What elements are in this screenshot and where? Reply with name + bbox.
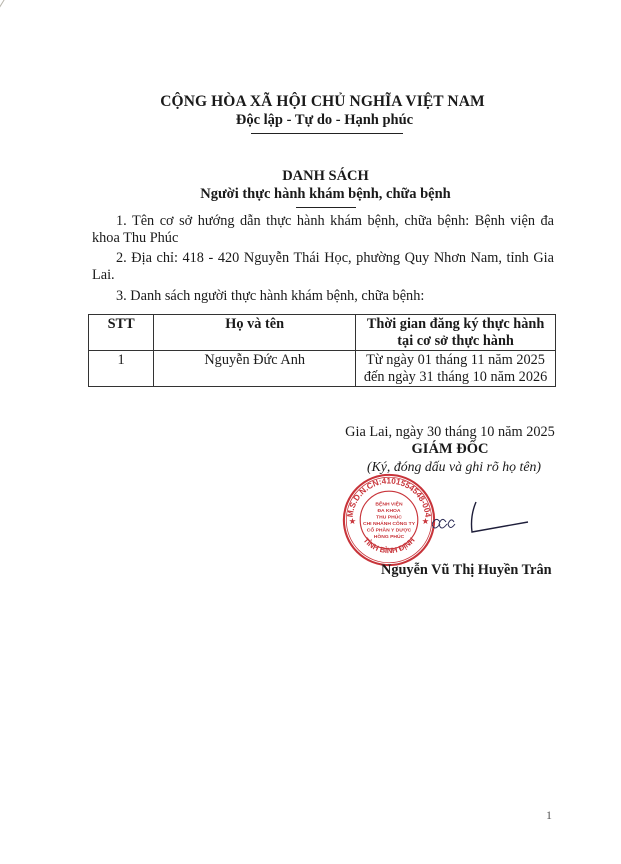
item-facility-name: 1. Tên cơ sở hướng dẫn thực hành khám bệ…: [92, 213, 554, 247]
official-stamp-icon: M.S.D.N.CN:4101554548-004 TỈNH BÌNH ĐỊNH…: [341, 472, 437, 568]
signature-block: Gia Lai, ngày 30 tháng 10 năm 2025 GIÁM …: [330, 424, 570, 475]
header-period-text: Thời gian đăng ký thực hành tại cơ sở th…: [367, 316, 544, 349]
cell-name: Nguyễn Đức Anh: [154, 351, 356, 387]
svg-text:CHI NHÁNH CÔNG TY: CHI NHÁNH CÔNG TY: [363, 519, 416, 527]
document-title-block: DANH SÁCH Người thực hành khám bệnh, chữ…: [0, 168, 621, 208]
document-subtitle: Người thực hành khám bệnh, chữa bệnh: [30, 186, 621, 203]
header-stt: STT: [89, 315, 154, 351]
header-name: Họ và tên: [154, 315, 356, 351]
item-text: 1. Tên cơ sở hướng dẫn thực hành khám bệ…: [92, 213, 554, 246]
svg-text:ĐA KHOA: ĐA KHOA: [377, 508, 400, 514]
item-address: 2. Địa chỉ: 418 - 420 Nguyễn Thái Học, p…: [92, 250, 554, 284]
motto-underline: [251, 133, 403, 134]
item-text: 2. Địa chỉ: 418 - 420 Nguyễn Thái Học, p…: [92, 250, 554, 283]
item-text: 3. Danh sách người thực hành khám bệnh, …: [116, 288, 424, 304]
subtitle-underline: [296, 207, 356, 208]
nation-title: CỘNG HÒA XÃ HỘI CHỦ NGHĨA VIỆT NAM: [24, 93, 621, 111]
signer-name: Nguyễn Vũ Thị Huyền Trân: [381, 562, 552, 579]
practitioners-table: STT Họ và tên Thời gian đăng ký thực hàn…: [88, 314, 556, 387]
svg-text:CỔ PHẦN Y DƯỢC: CỔ PHẦN Y DƯỢC: [367, 527, 412, 534]
signer-position: GIÁM ĐỐC: [330, 441, 570, 458]
svg-text:★: ★: [349, 516, 357, 526]
item-list-intro: 3. Danh sách người thực hành khám bệnh, …: [92, 288, 554, 305]
period-end: đến ngày 31 tháng 10 năm 2026: [360, 369, 551, 386]
table-row: 1 Nguyễn Đức Anh Từ ngày 01 tháng 11 năm…: [89, 351, 556, 387]
header-period: Thời gian đăng ký thực hành tại cơ sở th…: [356, 315, 556, 351]
svg-text:★: ★: [422, 516, 430, 526]
table-header-row: STT Họ và tên Thời gian đăng ký thực hàn…: [89, 315, 556, 351]
page-number: 1: [546, 808, 552, 823]
national-motto: Độc lập - Tự do - Hạnh phúc: [28, 112, 621, 129]
national-header: CỘNG HÒA XÃ HỘI CHỦ NGHĨA VIỆT NAM Độc l…: [0, 93, 621, 134]
document-title: DANH SÁCH: [30, 168, 621, 185]
cell-period: Từ ngày 01 tháng 11 năm 2025 đến ngày 31…: [356, 351, 556, 387]
cell-stt: 1: [89, 351, 154, 387]
period-start: Từ ngày 01 tháng 11 năm 2025: [360, 352, 551, 369]
svg-text:THU PHÚC: THU PHÚC: [376, 514, 402, 521]
svg-text:BỆNH VIỆN: BỆNH VIỆN: [375, 500, 403, 508]
paper-fold-line: [0, 0, 16, 23]
place-date: Gia Lai, ngày 30 tháng 10 năm 2025: [330, 424, 570, 441]
svg-text:HỒNG PHÚC: HỒNG PHÚC: [374, 533, 405, 540]
handwritten-signature-icon: [432, 500, 552, 540]
